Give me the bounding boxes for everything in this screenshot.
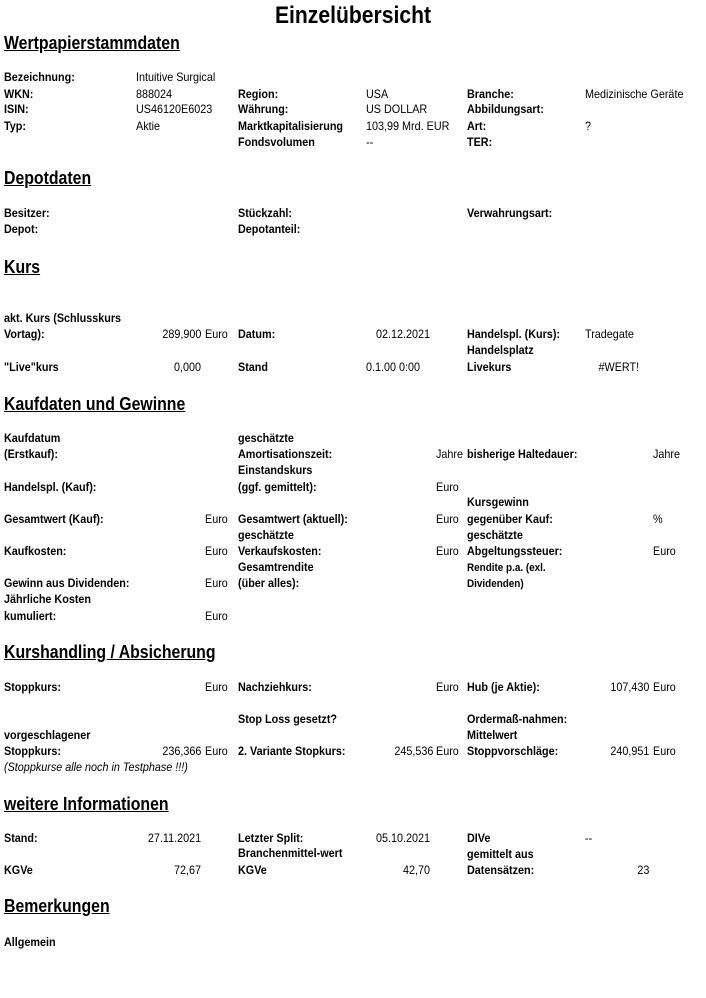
- label-stand-kurs: Stand: [238, 360, 268, 374]
- value-variante2: 245,536: [394, 744, 433, 758]
- unit-kursgewinn: %: [653, 512, 663, 526]
- label-gemittelt-line2: Datensätzen:: [467, 863, 534, 877]
- value-gemittelt: 23: [637, 863, 649, 877]
- label-verkauf-line1: geschätzte: [238, 528, 294, 542]
- label-branche: Branche:: [467, 87, 514, 101]
- unit-hub: Euro: [653, 680, 676, 694]
- label-gesamtrendite-line2: (über alles):: [238, 576, 299, 590]
- section-heading-kurs: Kurs: [4, 256, 40, 278]
- section-heading-stammdaten: Wertpapierstammdaten: [4, 32, 180, 54]
- value-dive: --: [585, 831, 592, 845]
- unit-abgelt: Euro: [653, 544, 676, 558]
- label-datum: Datum:: [238, 327, 275, 341]
- unit-amort: Jahre: [436, 447, 463, 461]
- label-jaehrl-kosten-line2: kumuliert:: [4, 609, 56, 623]
- label-rendite-line1: Rendite p.a. (exl.: [467, 561, 546, 575]
- label-abbildungsart: Abbildungsart:: [467, 102, 544, 116]
- unit-akt-kurs: Euro: [205, 327, 228, 341]
- label-akt-kurs-line1: akt. Kurs (Schlusskurs: [4, 311, 121, 325]
- unit-dividenden: Euro: [205, 576, 228, 590]
- label-art: Art:: [467, 119, 486, 133]
- value-branche: Medizinische Geräte: [585, 87, 683, 101]
- value-stand: 27.11.2021: [148, 831, 201, 845]
- value-livekurs-quoted: 0,000: [174, 360, 201, 374]
- label-kaufdatum-line2: (Erstkauf):: [4, 447, 58, 461]
- label-livekurs: Livekurs: [467, 360, 511, 374]
- value-wkn: 888024: [136, 87, 172, 101]
- label-mittelwert-line1: Mittelwert: [467, 728, 517, 742]
- unit-variante2: Euro: [436, 744, 459, 758]
- label-mittelwert-line2: Stoppvorschläge:: [467, 744, 558, 758]
- value-livekurs: #WERT!: [598, 360, 639, 374]
- unit-stoppkurs: Euro: [205, 680, 228, 694]
- value-hub: 107,430: [610, 680, 649, 694]
- label-amort-line1: geschätzte: [238, 431, 294, 445]
- unit-jaehrl-kosten: Euro: [205, 609, 228, 623]
- label-rendite-line2: Dividenden): [467, 577, 524, 591]
- label-kgve: KGVe: [4, 863, 33, 877]
- section-heading-weitere: weitere Informationen: [4, 793, 169, 815]
- value-art: ?: [585, 119, 591, 133]
- value-vorg-stoppkurs: 236,366: [162, 744, 201, 758]
- label-handelspl-kauf: Handelspl. (Kauf):: [4, 480, 96, 494]
- label-stoppkurs: Stoppkurs:: [4, 680, 61, 694]
- label-abgelt-line1: geschätzte: [467, 528, 523, 542]
- label-split: Letzter Split:: [238, 831, 303, 845]
- label-dividenden: Gewinn aus Dividenden:: [4, 576, 129, 590]
- unit-gesamt-kauf: Euro: [205, 512, 228, 526]
- label-gesamt-kauf: Gesamtwert (Kauf):: [4, 512, 104, 526]
- value-branchenmittel: 42,70: [403, 863, 430, 877]
- section-heading-depot: Depotdaten: [4, 167, 91, 189]
- unit-haltedauer: Jahre: [653, 447, 680, 461]
- label-wkn: WKN:: [4, 87, 33, 101]
- label-besitzer: Besitzer:: [4, 206, 50, 220]
- label-kursgewinn-line1: Kursgewinn: [467, 495, 529, 509]
- unit-kaufkosten: Euro: [205, 544, 228, 558]
- value-mittelwert: 240,951: [610, 744, 649, 758]
- label-depot: Depot:: [4, 222, 38, 236]
- label-kaufkosten: Kaufkosten:: [4, 544, 66, 558]
- value-fondsvolumen: --: [366, 135, 373, 149]
- label-isin: ISIN:: [4, 102, 29, 116]
- label-fondsvolumen: Fondsvolumen: [238, 135, 315, 149]
- value-waehrung: US DOLLAR: [366, 102, 427, 116]
- label-nachziehkurs: Nachziehkurs:: [238, 680, 312, 694]
- unit-verkauf: Euro: [436, 544, 459, 558]
- label-dive: DIVe: [467, 831, 490, 845]
- value-split: 05.10.2021: [376, 831, 430, 845]
- value-isin: US46120E6023: [136, 102, 212, 116]
- label-branchenmittel-line1: Branchenmittel-wert: [238, 846, 342, 860]
- label-allgemein: Allgemein: [4, 935, 56, 949]
- label-branchenmittel-line2: KGVe: [238, 863, 267, 877]
- label-marktkap: Marktkapitalisierung: [238, 119, 343, 133]
- section-heading-kauf: Kaufdaten und Gewinne: [4, 393, 185, 415]
- value-kgve: 72,67: [174, 863, 201, 877]
- unit-einstand: Euro: [436, 480, 459, 494]
- unit-vorg-stoppkurs: Euro: [205, 744, 228, 758]
- label-typ: Typ:: [4, 119, 26, 133]
- label-akt-kurs-line2: Vortag):: [4, 327, 45, 341]
- label-gesamtrendite-line1: Gesamtrendite: [238, 560, 314, 574]
- label-haltedauer: bisherige Haltedauer:: [467, 447, 577, 461]
- value-bezeichnung: Intuitive Surgical: [136, 70, 215, 84]
- label-stueckzahl: Stückzahl:: [238, 206, 292, 220]
- label-verwahrungsart: Verwahrungsart:: [467, 206, 552, 220]
- label-livekurs-quoted: "Live"kurs: [4, 360, 59, 374]
- label-einstand-line1: Einstandskurs: [238, 463, 312, 477]
- value-datum: 02.12.2021: [376, 327, 430, 341]
- label-stoploss: Stop Loss gesetzt?: [238, 712, 337, 726]
- unit-gesamt-aktuell: Euro: [436, 512, 459, 526]
- label-kaufdatum-line1: Kaufdatum: [4, 431, 60, 445]
- label-waehrung: Währung:: [238, 102, 288, 116]
- note-testphase: (Stoppkurse alle noch in Testphase !!!): [4, 760, 188, 774]
- label-handelsplatz: Handelsplatz: [467, 343, 534, 357]
- label-ordermassnahmen: Ordermaß-nahmen:: [467, 712, 567, 726]
- label-depotanteil: Depotanteil:: [238, 222, 300, 236]
- unit-mittelwert: Euro: [653, 744, 676, 758]
- label-vorg-stoppkurs-line2: Stoppkurs:: [4, 744, 61, 758]
- label-gesamt-aktuell: Gesamtwert (aktuell):: [238, 512, 348, 526]
- label-hub: Hub (je Aktie):: [467, 680, 540, 694]
- label-handelspl-kurs: Handelspl. (Kurs):: [467, 327, 560, 341]
- label-gemittelt-line1: gemittelt aus: [467, 847, 534, 861]
- label-bezeichnung: Bezeichnung:: [4, 70, 75, 84]
- label-einstand-line2: (ggf. gemittelt):: [238, 480, 317, 494]
- label-abgelt-line2: Abgeltungssteuer:: [467, 544, 562, 558]
- label-variante2: 2. Variante Stopkurs:: [238, 744, 345, 758]
- section-heading-handling: Kurshandling / Absicherung: [4, 641, 216, 663]
- unit-nachziehkurs: Euro: [436, 680, 459, 694]
- value-handelspl-kurs: Tradegate: [585, 327, 634, 341]
- value-akt-kurs: 289,900: [162, 327, 201, 341]
- value-stand-kurs: 0.1.00 0:00: [366, 360, 420, 374]
- section-heading-bemerkungen: Bemerkungen: [4, 895, 110, 917]
- value-typ: Aktie: [136, 119, 160, 133]
- label-stand: Stand:: [4, 831, 38, 845]
- label-vorg-stoppkurs-line1: vorgeschlagener: [4, 728, 90, 742]
- label-verkauf-line2: Verkaufskosten:: [238, 544, 321, 558]
- value-region: USA: [366, 87, 388, 101]
- page-title: Einzelübersicht: [42, 2, 663, 30]
- label-jaehrl-kosten-line1: Jährliche Kosten: [4, 592, 91, 606]
- label-kursgewinn-line2: gegenüber Kauf:: [467, 512, 553, 526]
- label-ter: TER:: [467, 135, 492, 149]
- value-marktkap: 103,99 Mrd. EUR: [366, 119, 449, 133]
- label-region: Region:: [238, 87, 278, 101]
- label-amort-line2: Amortisationszeit:: [238, 447, 332, 461]
